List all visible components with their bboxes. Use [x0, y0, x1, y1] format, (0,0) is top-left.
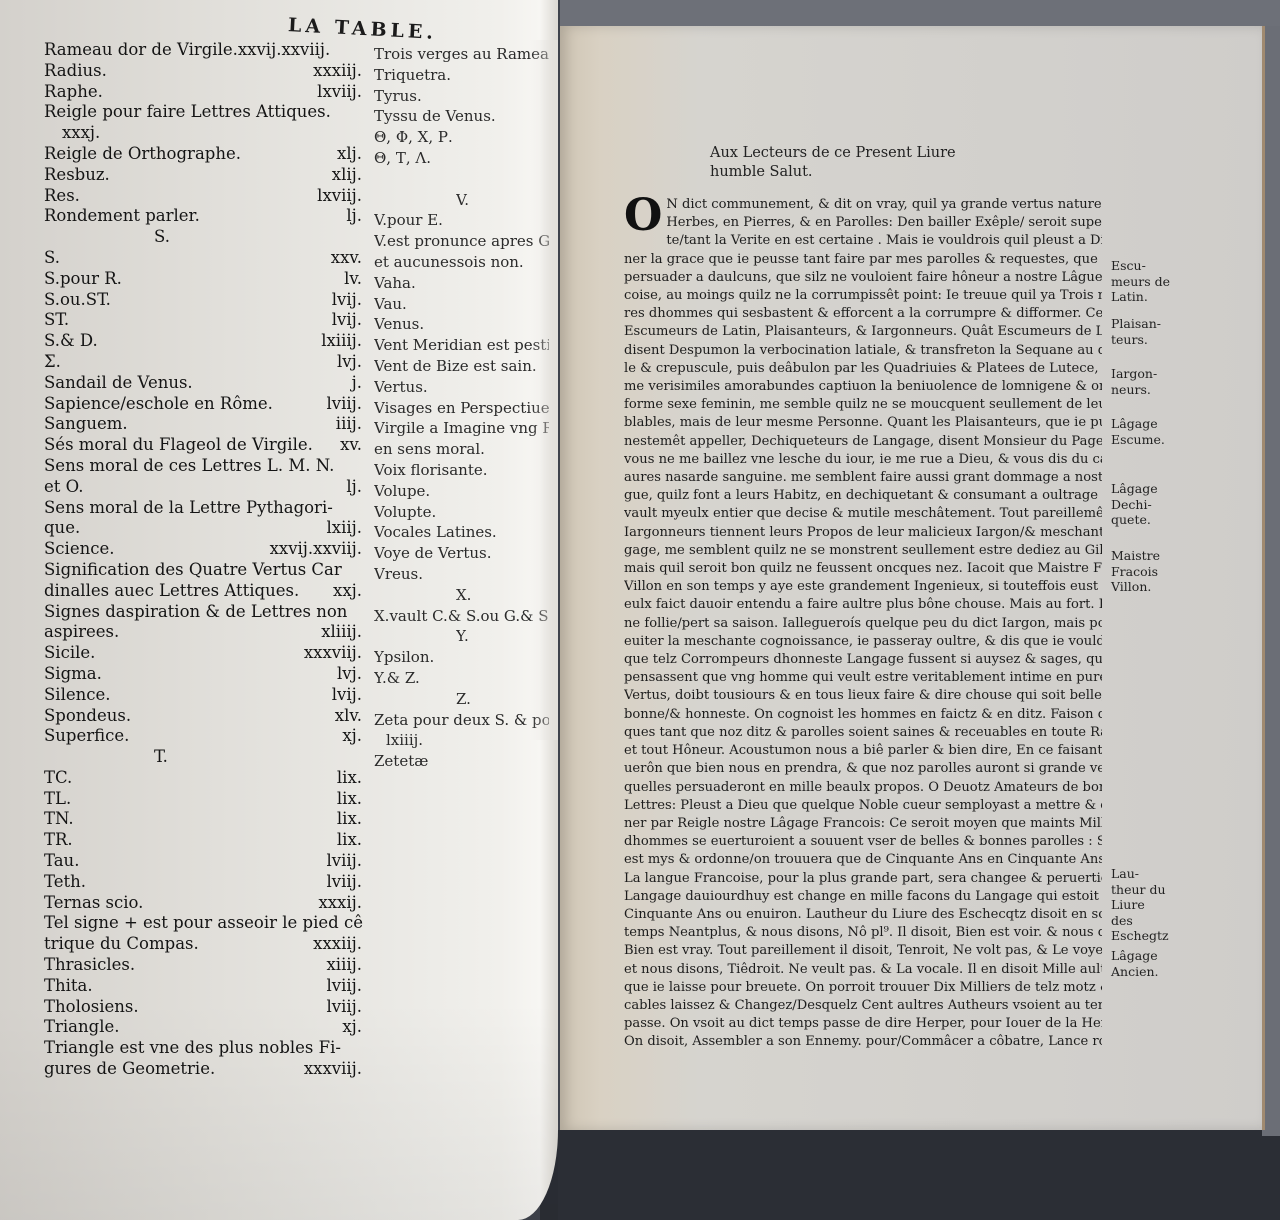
index-entry: Vent Meridian est pestilentieux,: [374, 335, 544, 356]
index-entry: Sapience/eschole en Rôme.lviij.: [44, 394, 362, 415]
index-term: Voix florisante.: [374, 460, 488, 481]
index-page-number: lvij.: [332, 290, 362, 311]
index-page-number: xxj.: [333, 581, 362, 602]
index-entry: Spondeus.xlv.: [44, 706, 362, 727]
index-term: Tau.: [44, 851, 79, 872]
index-term: Rameau dor de Virgile.xxvij.xxviij.: [44, 40, 330, 61]
index-term: Silence.: [44, 685, 111, 706]
index-page-number: lvj.: [337, 664, 362, 685]
index-entry: Voye de Vertus.: [374, 543, 544, 564]
left-page: LA TABLE. Rameau dor de Virgile.xxvij.xx…: [0, 0, 558, 1220]
body-line: Vertus, doibt tousiours & en tous lieux …: [624, 687, 1102, 705]
index-entry: Reigle pour faire Lettres Attiques.: [44, 102, 362, 123]
index-term: V.est pronunce apres G. aucunesfois: [374, 231, 549, 252]
body-line: Lettres: Pleust a Dieu que quelque Noble…: [624, 797, 1102, 815]
index-entry: Sicile.xxxviij.: [44, 643, 362, 664]
body-line: res dhommes qui sesbastent & efforcent a…: [624, 305, 1102, 323]
index-entry: Resbuz.xlij.: [44, 165, 362, 186]
index-term: dinalles auec Lettres Attiques.: [44, 581, 299, 602]
index-term: Sandail de Venus.: [44, 373, 193, 394]
index-entry: Thrasicles.xiiij.: [44, 955, 362, 976]
index-term: Σ.: [44, 352, 61, 373]
body-line: aures nasarde sanguine. me semblent fair…: [624, 469, 1102, 487]
index-term: Vaha.: [374, 273, 416, 294]
preface-body: O N dict communement, & dit on vray, qui…: [624, 196, 1102, 1052]
index-page-number: lxiij.: [327, 518, 363, 539]
index-term: Vau.: [374, 294, 407, 315]
index-entry: Sigma.lvj.: [44, 664, 362, 685]
index-term: Z.: [456, 689, 471, 710]
index-term: Spondeus.: [44, 706, 131, 727]
body-line: et nous disons, Tiêdroit. Ne veult pas. …: [624, 961, 1102, 979]
preface-heading-line-2: humble Salut.: [710, 163, 956, 182]
index-page-number: xxvij.xxviij.: [270, 539, 362, 560]
index-entry: S.& D.lxiiij.: [44, 331, 362, 352]
index-term: Rondement parler.: [44, 206, 200, 227]
body-line: et tout Hôneur. Acoustumon nous a biê pa…: [624, 742, 1102, 760]
index-entry: Ypsilon.: [374, 647, 544, 668]
index-entry: dinalles auec Lettres Attiques.xxj.: [44, 581, 362, 602]
body-line: Cinquante Ans ou enuiron. Lautheur du Li…: [624, 906, 1102, 924]
index-term: et aucunessois non.: [374, 252, 524, 273]
body-line: Escumeurs de Latin, Plaisanteurs, & Iarg…: [624, 323, 1102, 341]
index-letter-heading: Z.: [374, 689, 544, 710]
index-page-number: lix.: [337, 809, 362, 830]
body-line: ner la grace que ie peusse tant faire pa…: [624, 251, 1102, 269]
index-term: Thrasicles.: [44, 955, 135, 976]
index-term: X.vault C.& S.ou G.& S.: [374, 606, 549, 627]
index-entry: Volupe.: [374, 481, 544, 502]
body-line: ner par Reigle nostre Lâgage Francois: C…: [624, 815, 1102, 833]
index-entry: TN.lix.: [44, 809, 362, 830]
index-entry: Science.xxvij.xxviij.: [44, 539, 362, 560]
body-line: cables laissez & Changez/Desquelz Cent a…: [624, 997, 1102, 1015]
preface-heading: Aux Lecteurs de ce Present Liure humble …: [710, 144, 956, 182]
index-term: S.: [44, 248, 60, 269]
index-term: Vocales Latines.: [374, 522, 497, 543]
body-line: La langue Francoise, pour la plus grande…: [624, 870, 1102, 888]
index-term: Vreus.: [374, 564, 423, 585]
margin-note: Lâgage Ancien.: [1111, 948, 1201, 979]
index-term: lxiiij.: [386, 730, 423, 751]
index-term: Sicile.: [44, 643, 95, 664]
index-entry: S.pour R.lv.: [44, 269, 362, 290]
index-term: Superfice.: [44, 726, 129, 747]
index-entry: Silence.lvij.: [44, 685, 362, 706]
index-term: S.ou.ST.: [44, 290, 111, 311]
index-term: Science.: [44, 539, 114, 560]
index-entry: en sens moral.: [374, 439, 544, 460]
index-entry: Tyssu de Venus.: [374, 106, 544, 127]
index-entry: Raphe.lxviij.: [44, 82, 362, 103]
body-line: On disoit, Assembler a son Ennemy. pour/…: [624, 1033, 1102, 1051]
body-line: Villon en son temps y aye este grandemen…: [624, 578, 1102, 596]
index-page-number: j.: [352, 373, 362, 394]
page-curve-shadow: [530, 40, 558, 740]
index-term: xxxj.: [62, 123, 100, 144]
body-line: temps Neantplus, & nous disons, Nô pl⁹. …: [624, 924, 1102, 942]
index-term: V.pour E.: [374, 210, 443, 231]
index-term: que.: [44, 518, 80, 539]
index-term: Trois verges au Rameau dor.: [374, 44, 549, 65]
body-line: ques tant que noz ditz & parolles soient…: [624, 724, 1102, 742]
index-term: Θ, Τ, Λ.: [374, 148, 431, 169]
body-line: gage, me semblent quilz ne se monstrent …: [624, 542, 1102, 560]
index-entry: Trois verges au Rameau dor.: [374, 44, 544, 65]
index-page-number: xv.: [340, 435, 362, 456]
body-line: Bien est vray. Tout pareillement il diso…: [624, 942, 1102, 960]
index-entry: Superfice.xj.: [44, 726, 362, 747]
index-term: Resbuz.: [44, 165, 110, 186]
index-term: X.: [456, 585, 471, 606]
index-entry: lxiiij.: [374, 730, 544, 751]
index-page-number: xlv.: [335, 706, 362, 727]
body-line: le & crepuscule, puis deâbulon par les Q…: [624, 360, 1102, 378]
index-entry: Venus.: [374, 314, 544, 335]
index-term: S.pour R.: [44, 269, 122, 290]
index-page-number: lj.: [346, 477, 362, 498]
index-page-number: xxxiij.: [313, 934, 362, 955]
index-entry: Virgile a Imagine vng Rameau dor: [374, 418, 544, 439]
index-page-number: lix.: [337, 789, 362, 810]
index-page-number: xj.: [342, 726, 362, 747]
index-entry: Signification des Quatre Vertus Car: [44, 560, 362, 581]
background-surface-top: [560, 0, 1280, 26]
index-term: Y.: [456, 626, 469, 647]
index-term: V.: [456, 190, 469, 211]
body-line: euiter la meschante cognoissance, ie pas…: [624, 633, 1102, 651]
body-line: pensassent que vng homme qui veult estre…: [624, 669, 1102, 687]
index-entry: Σ.lvj.: [44, 352, 362, 373]
margin-note: Iargon- neurs.: [1111, 366, 1201, 397]
index-term: Sens moral de la Lettre Pythagori-: [44, 498, 333, 519]
index-letter-heading: Y.: [374, 626, 544, 647]
body-line: persuader a daulcuns, que silz ne vouloi…: [624, 269, 1102, 287]
index-term: Θ, Φ, Χ, Ρ.: [374, 127, 453, 148]
body-line: Langage dauiourdhuy est change en mille …: [624, 888, 1102, 906]
index-entry: Reigle de Orthographe.xlj.: [44, 144, 362, 165]
index-entry: Vocales Latines.: [374, 522, 544, 543]
index-letter-heading: T.: [44, 747, 362, 768]
preface-heading-line-1: Aux Lecteurs de ce Present Liure: [710, 144, 956, 163]
index-term: Raphe.: [44, 82, 103, 103]
index-page-number: lvj.: [337, 352, 362, 373]
index-term: Signes daspiration & de Lettres non: [44, 602, 347, 623]
body-line: disent Despumon la verbocination latiale…: [624, 342, 1102, 360]
index-entry: Rameau dor de Virgile.xxvij.xxviij.: [44, 40, 362, 61]
index-term: Tyrus.: [374, 86, 422, 107]
index-term: S.: [154, 227, 170, 248]
index-entry: Sés moral du Flageol de Virgile.xv.: [44, 435, 362, 456]
body-line: N dict communement, & dit on vray, quil …: [666, 196, 1102, 214]
index-entry: Triquetra.: [374, 65, 544, 86]
index-entry: Volupte.: [374, 502, 544, 523]
index-page-number: xlj.: [337, 144, 362, 165]
index-page-number: lxviij.: [317, 186, 362, 207]
index-letter-heading: X.: [374, 585, 544, 606]
index-entry: et O.lj.: [44, 477, 362, 498]
index-entry: Vertus.: [374, 377, 544, 398]
page-bottom-shade: [0, 1000, 558, 1220]
body-line: mais quil seroit bon quilz ne feussent o…: [624, 560, 1102, 578]
body-line: vault myeulx entier que decise & mutile …: [624, 505, 1102, 523]
index-term: Vent de Bize est sain.: [374, 356, 537, 377]
body-line: gue, quilz font a leurs Habitz, en dechi…: [624, 487, 1102, 505]
index-page-number: xiiij.: [327, 955, 363, 976]
index-entry: Tau.lviij.: [44, 851, 362, 872]
index-term: T.: [154, 747, 168, 768]
index-entry: Visages en Perspectiue.: [374, 398, 544, 419]
index-term: Vertus.: [374, 377, 428, 398]
index-entry: S.xxv.: [44, 248, 362, 269]
index-term: Virgile a Imagine vng Rameau dor: [374, 418, 549, 439]
index-entry: Ternas scio.xxxij.: [44, 893, 362, 914]
index-term: Tyssu de Venus.: [374, 106, 496, 127]
index-term: Teth.: [44, 872, 86, 893]
index-term: ST.: [44, 310, 69, 331]
index-entry: Thita.lviij.: [44, 976, 362, 997]
index-term: Signification des Quatre Vertus Car: [44, 560, 342, 581]
index-term: S.& D.: [44, 331, 98, 352]
index-page-number: lxiiij.: [321, 331, 362, 352]
body-line: te/tant la Verite en est certaine . Mais…: [666, 232, 1102, 250]
index-page-number: lv.: [344, 269, 362, 290]
right-page: Aux Lecteurs de ce Present Liure humble …: [560, 26, 1265, 1130]
index-term: Volupe.: [374, 481, 430, 502]
body-line: Iargonneurs tiennent leurs Propos de leu…: [624, 524, 1102, 542]
body-line: me verisimiles amorabundes captiuon la b…: [624, 378, 1102, 396]
index-entry: trique du Compas.xxxiij.: [44, 934, 362, 955]
index-entry: Radius.xxxiij.: [44, 61, 362, 82]
index-page-number: lviij.: [326, 394, 362, 415]
index-entry: V.est pronunce apres G. aucunesfois: [374, 231, 544, 252]
index-entry: Y.& Z.: [374, 668, 544, 689]
index-term: en sens moral.: [374, 439, 485, 460]
index-term: et O.: [44, 477, 83, 498]
index-term: Tel signe + est pour asseoir le pied cê: [44, 913, 363, 934]
index-entry: Sens moral de ces Lettres L. M. N.: [44, 456, 362, 477]
body-line: que telz Corrompeurs dhonneste Langage f…: [624, 651, 1102, 669]
index-letter-heading: S.: [44, 227, 362, 248]
body-line: uerôn que bien nous en prendra, & que no…: [624, 760, 1102, 778]
body-line: que ie laisse pour breuete. On porroit t…: [624, 979, 1102, 997]
index-entry: V.pour E.: [374, 210, 544, 231]
index-entry: Sandail de Venus.j.: [44, 373, 362, 394]
index-entry: Tyrus.: [374, 86, 544, 107]
body-line: Herbes, en Pierres, & en Parolles: Den b…: [666, 214, 1102, 232]
index-term: Vent Meridian est pestilentieux,: [374, 335, 549, 356]
background-surface-bottom: [540, 1130, 1280, 1220]
index-page-number: lvij.: [332, 685, 362, 706]
body-line: est mys & ordonne/on trouuera que de Cin…: [624, 851, 1102, 869]
index-entry: X.vault C.& S.ou G.& S.: [374, 606, 544, 627]
index-entry: TR.lix.: [44, 830, 362, 851]
margin-note: Lâgage Escume.: [1111, 416, 1201, 447]
index-page-number: lj.: [346, 206, 362, 227]
index-term: Sanguem.: [44, 414, 128, 435]
body-line: blables, mais de leur mesme Personne. Qu…: [624, 414, 1102, 432]
index-term: Res.: [44, 186, 80, 207]
index-term: Sigma.: [44, 664, 102, 685]
body-line: vous ne me baillez vne lesche du iour, i…: [624, 451, 1102, 469]
index-term: Thita.: [44, 976, 93, 997]
index-column-left: Rameau dor de Virgile.xxvij.xxviij.Radiu…: [44, 40, 362, 1080]
body-line: passe. On vsoit au dict temps passe de d…: [624, 1015, 1102, 1033]
index-entry: Res.lxviij.: [44, 186, 362, 207]
index-page-number: lviij.: [326, 976, 362, 997]
index-term: TR.: [44, 830, 73, 851]
index-entry: Θ, Τ, Λ.: [374, 148, 544, 169]
index-entry: Vreus.: [374, 564, 544, 585]
margin-note: Lau- theur du Liure des Eschegtz: [1111, 866, 1201, 944]
index-term: Volupte.: [374, 502, 436, 523]
index-entry: Vent de Bize est sain.: [374, 356, 544, 377]
index-page-number: xxxiij.: [313, 61, 362, 82]
index-entry: Θ, Φ, Χ, Ρ.: [374, 127, 544, 148]
index-term: Reigle pour faire Lettres Attiques.: [44, 102, 331, 123]
index-entry: S.ou.ST.lvij.: [44, 290, 362, 311]
index-entry: Vaha.: [374, 273, 544, 294]
body-line: ne follie/pert sa saison. Iallegueroís q…: [624, 615, 1102, 633]
index-entry: Vau.: [374, 294, 544, 315]
index-term: TN.: [44, 809, 74, 830]
index-term: trique du Compas.: [44, 934, 199, 955]
margin-note: Lâgage Dechi- quete.: [1111, 481, 1201, 528]
index-term: aspirees.: [44, 622, 119, 643]
index-term: Voye de Vertus.: [374, 543, 492, 564]
body-line: quelles persuaderont en mille beaulx pro…: [624, 779, 1102, 797]
index-entry: Sanguem.iiij.: [44, 414, 362, 435]
index-term: Y.& Z.: [374, 668, 420, 689]
body-line: forme sexe feminin, me semble quilz ne s…: [624, 396, 1102, 414]
body-line: bonne/& honneste. On cognoist les hommes…: [624, 706, 1102, 724]
body-line: nestemêt appeller, Dechiqueteurs de Lang…: [624, 433, 1102, 451]
index-term: TC.: [44, 768, 72, 789]
index-page-number: lix.: [337, 830, 362, 851]
index-entry: TC.lix.: [44, 768, 362, 789]
index-column-right: Trois verges au Rameau dor.Triquetra.Tyr…: [374, 44, 544, 772]
index-entry: xxxj.: [44, 123, 362, 144]
index-letter-heading: V.: [374, 190, 544, 211]
index-page-number: lviij.: [326, 872, 362, 893]
margin-note: Plaisan- teurs.: [1111, 316, 1201, 347]
body-line: eulx faict dauoir entendu a faire aultre…: [624, 596, 1102, 614]
index-term: Ternas scio.: [44, 893, 143, 914]
index-entry: que.lxiij.: [44, 518, 362, 539]
index-term: Sens moral de ces Lettres L. M. N.: [44, 456, 334, 477]
index-term: Zetetæ: [374, 751, 428, 772]
index-entry: Sens moral de la Lettre Pythagori-: [44, 498, 362, 519]
index-page-number: lviij.: [326, 851, 362, 872]
index-entry: Rondement parler.lj.: [44, 206, 362, 227]
margin-note: Maistre Fracois Villon.: [1111, 548, 1201, 595]
drop-cap: O: [624, 198, 662, 234]
index-page-number: lix.: [337, 768, 362, 789]
body-line: coise, au moings quilz ne la corrumpissê…: [624, 287, 1102, 305]
index-page-number: xliiij.: [321, 622, 362, 643]
index-entry: Voix florisante.: [374, 460, 544, 481]
index-term: Ypsilon.: [374, 647, 434, 668]
index-term: Visages en Perspectiue.: [374, 398, 549, 419]
index-entry: [374, 169, 544, 190]
index-page-number: iiij.: [336, 414, 362, 435]
index-term: Sapience/eschole en Rôme.: [44, 394, 273, 415]
index-entry: aspirees.xliiij.: [44, 622, 362, 643]
index-entry: et aucunessois non.: [374, 252, 544, 273]
index-entry: TL.lix.: [44, 789, 362, 810]
index-entry: Tel signe + est pour asseoir le pied cê: [44, 913, 362, 934]
index-term: Zeta pour deux S. & pour S.& D.: [374, 710, 549, 731]
index-entry: Teth.lviij.: [44, 872, 362, 893]
index-term: Venus.: [374, 314, 424, 335]
index-term: Sés moral du Flageol de Virgile.: [44, 435, 313, 456]
body-line: dhommes se euerturoient a souuent vser d…: [624, 833, 1102, 851]
index-entry: ST.lvij.: [44, 310, 362, 331]
index-term: Radius.: [44, 61, 107, 82]
index-page-number: xlij.: [332, 165, 362, 186]
index-term: Triquetra.: [374, 65, 451, 86]
index-term: TL.: [44, 789, 71, 810]
index-page-number: xxxviij.: [304, 643, 362, 664]
index-entry: Signes daspiration & de Lettres non: [44, 602, 362, 623]
index-page-number: xxv.: [331, 248, 362, 269]
margin-note: Escu- meurs de Latin.: [1111, 258, 1201, 305]
index-term: Reigle de Orthographe.: [44, 144, 241, 165]
index-entry: Zetetæ: [374, 751, 544, 772]
index-page-number: lxviij.: [317, 82, 362, 103]
index-entry: Zeta pour deux S. & pour S.& D.: [374, 710, 544, 731]
index-page-number: lvij.: [332, 310, 362, 331]
index-page-number: xxxij.: [318, 893, 362, 914]
